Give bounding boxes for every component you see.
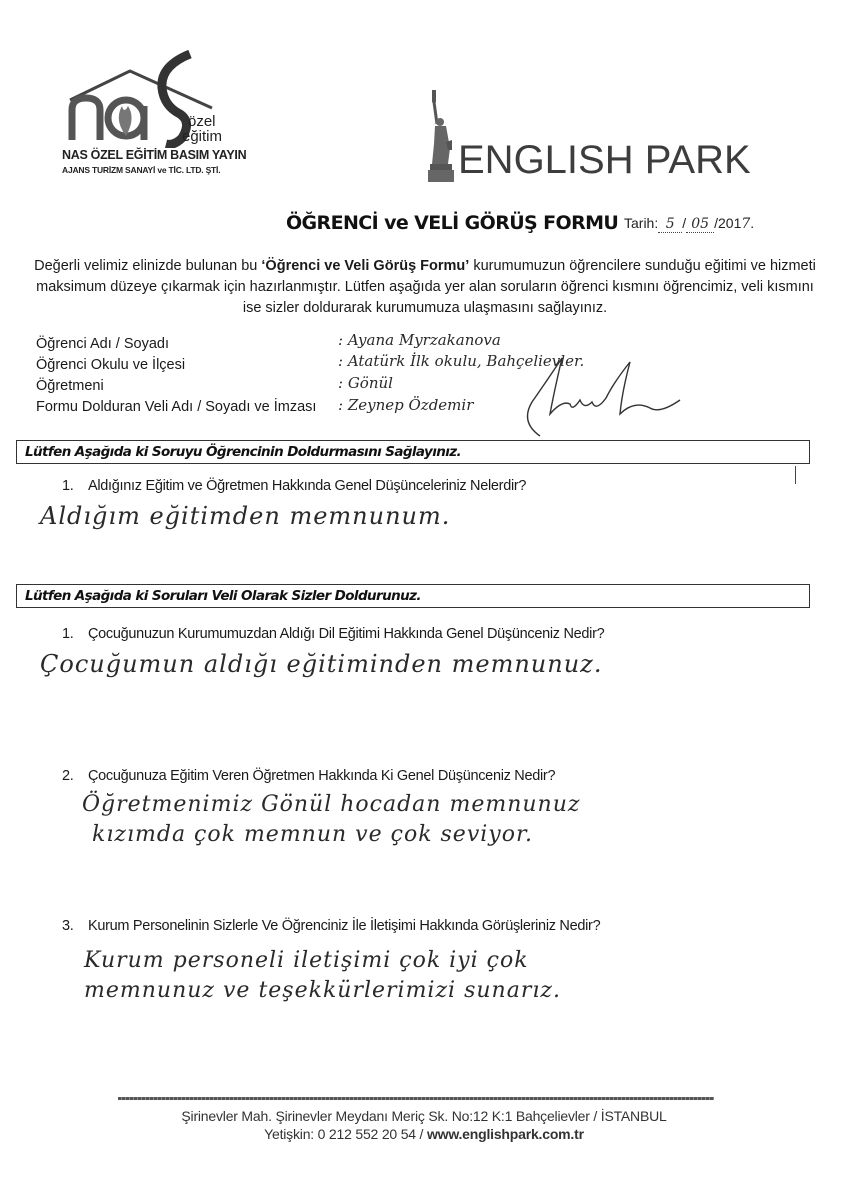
parent-question-2: 2.Çocuğunuza Eğitim Veren Öğretmen Hakkı… [62,768,555,784]
teacher-value[interactable]: : Gönül [338,374,393,392]
nas-logo-egitim: eğitim [182,128,222,145]
parent-question-1: 1.Çocuğunuzun Kurumumuzdan Aldığı Dil Eğ… [62,626,604,642]
question-text: Kurum Personelinin Sizlerle Ve Öğrencini… [88,918,600,934]
parent-section-heading: Lütfen Aşağıda ki Soruları Veli Olarak S… [25,588,421,604]
footer-website[interactable]: www.englishpark.com.tr [427,1126,584,1142]
student-section-header: Lütfen Aşağıda ki Soruyu Öğrencinin Dold… [16,440,810,464]
question-text: Aldığınız Eğitim ve Öğretmen Hakkında Ge… [88,478,526,494]
nas-company-name: NAS ÖZEL EĞİTİM BASIM YAYIN [62,148,246,162]
parent-answer-3-line-2[interactable]: memnunuz ve teşekkürlerimizi sunarız. [84,978,561,1003]
question-number: 1. [62,626,88,642]
footer-divider [118,1097,714,1100]
english-park-title: ENGLISH PARK [458,138,751,183]
parent-answer-3-line-1[interactable]: Kurum personeli iletişimi çok iyi çok [84,948,529,973]
date-field[interactable]: Tarih:5/05/2017. [624,215,754,233]
question-number: 3. [62,918,88,934]
question-number: 2. [62,768,88,784]
date-month: 05 [686,216,714,233]
student-answer-1[interactable]: Aldığım eğitimden memnunum. [40,502,450,530]
teacher-label: Öğretmeni [36,378,104,394]
question-text: Çocuğunuzun Kurumumuzdan Aldığı Dil Eğit… [88,626,604,642]
nas-logo: özel eğitim NAS ÖZEL EĞİTİM BASIM YAYIN … [62,48,242,178]
student-school-label: Öğrenci Okulu ve İlçesi [36,357,185,373]
student-question-1: 1.Aldığınız Eğitim ve Öğretmen Hakkında … [62,478,526,494]
parent-section-header: Lütfen Aşağıda ki Soruları Veli Olarak S… [16,584,810,608]
footer-contact: Yetişkin: 0 212 552 20 54 / www.englishp… [0,1126,848,1142]
date-year-prefix: /201 [714,215,741,231]
question-text: Çocuğunuza Eğitim Veren Öğretmen Hakkınd… [88,768,555,784]
date-day: 5 [658,216,682,233]
parent-name-signature-label: Formu Dolduran Veli Adı / Soyadı ve İmza… [36,399,316,415]
date-label: Tarih: [624,215,658,231]
divider-tick [795,466,796,484]
parent-answer-2-line-1[interactable]: Öğretmenimiz Gönül hocadan memnunuz [82,792,580,817]
intro-text-1: Değerli velimiz elinizde bulunan bu [34,258,261,274]
intro-form-name: ‘Öğrenci ve Veli Görüş Formu’ [261,258,469,274]
form-title: ÖĞRENCİ ve VELİ GÖRÜŞ FORMU [286,212,618,234]
question-number: 1. [62,478,88,494]
parent-answer-1[interactable]: Çocuğumun aldığı eğitiminden memnunuz. [40,650,602,678]
footer-address: Şirinevler Mah. Şirinevler Meydanı Meriç… [0,1108,848,1124]
student-name-value[interactable]: : Ayana Myrzakanova [338,331,501,349]
english-park-logo: ENGLISH PARK [424,88,764,184]
parent-answer-2-line-2[interactable]: kızımda çok memnun ve çok seviyor. [92,822,533,847]
date-year-suffix: 7 [741,216,750,232]
footer-phone: Yetişkin: 0 212 552 20 54 / [264,1126,427,1142]
statue-of-liberty-icon [424,88,460,184]
student-section-heading: Lütfen Aşağıda ki Soruyu Öğrencinin Dold… [25,444,461,460]
student-name-label: Öğrenci Adı / Soyadı [36,336,169,352]
parent-name-value[interactable]: : Zeynep Özdemir [338,396,473,414]
parent-question-3: 3.Kurum Personelinin Sizlerle Ve Öğrenci… [62,918,600,934]
nas-company-subtitle: AJANS TURİZM SANAYİ ve TİC. LTD. ŞTİ. [62,165,220,175]
signature-icon [510,352,690,442]
intro-paragraph: Değerli velimiz elinizde bulunan bu ‘Öğr… [30,256,820,319]
